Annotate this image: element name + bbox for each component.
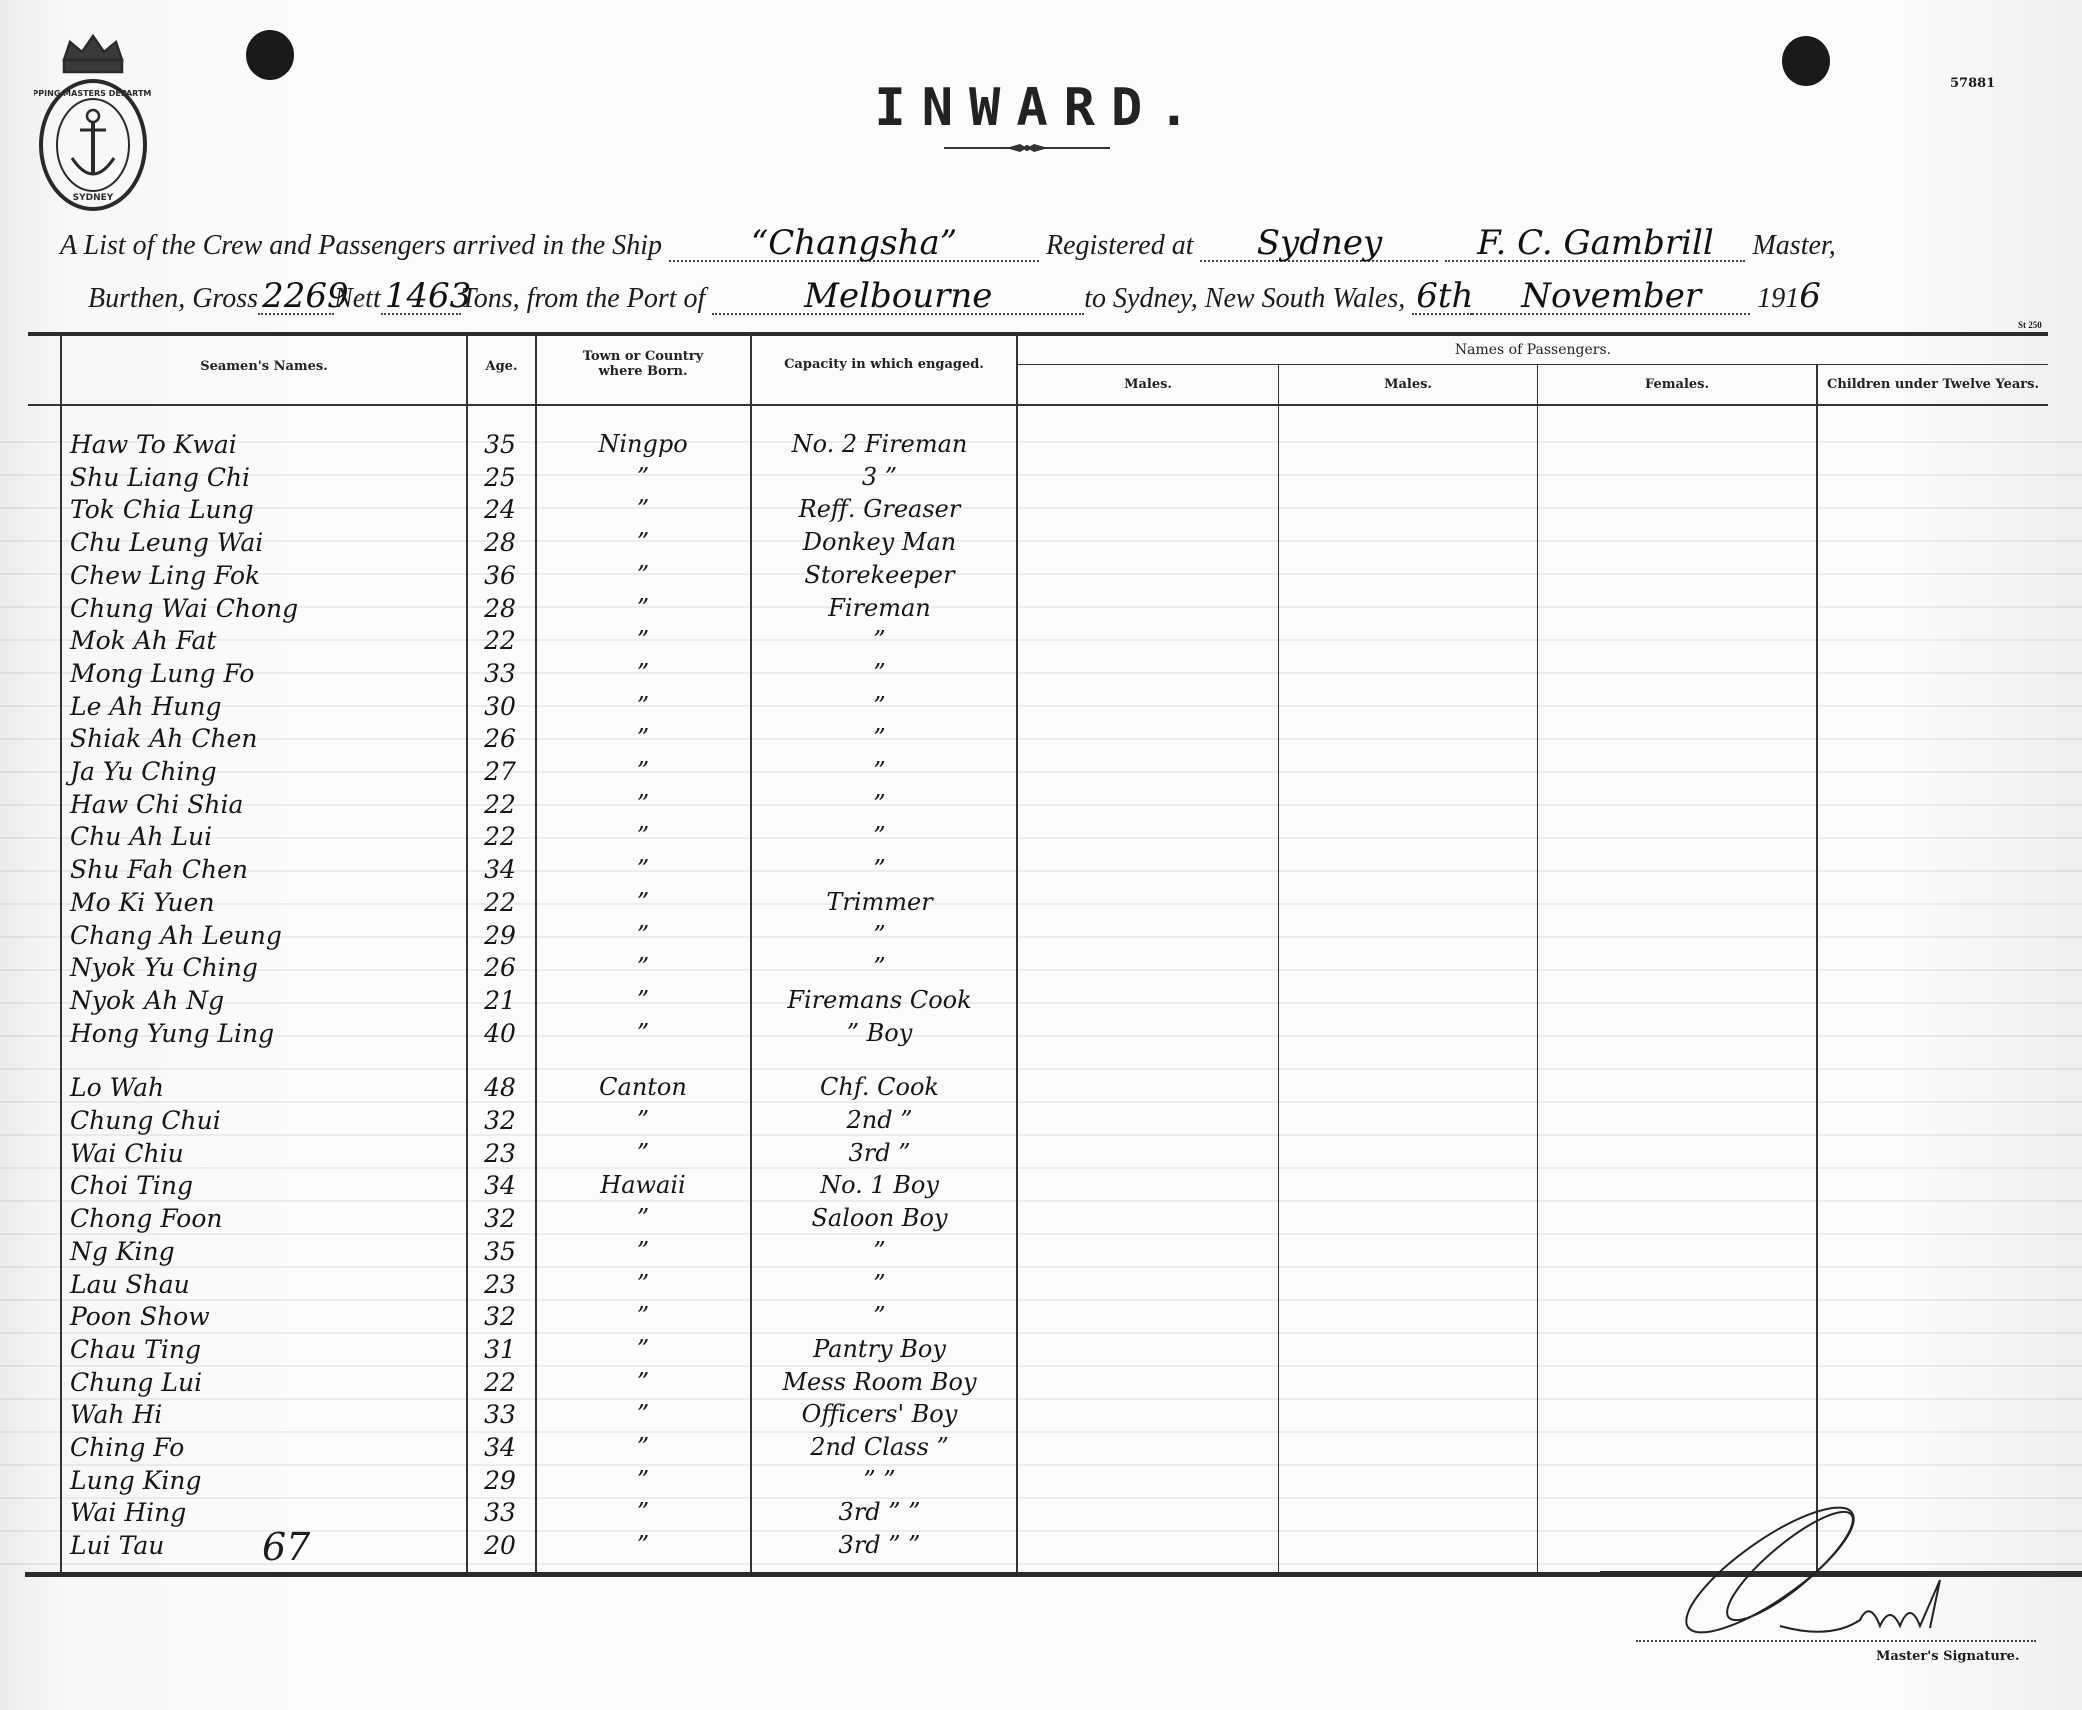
crew-birthplace: ” — [537, 1433, 749, 1461]
crew-total-annotation: 67 — [262, 1525, 310, 1569]
crew-age: 22 — [470, 822, 530, 851]
crew-capacity: Reff. Greaser — [752, 495, 1007, 523]
crew-name: Chau Ting — [70, 1335, 201, 1364]
ship-name-field[interactable]: “Changsha” — [669, 226, 1039, 262]
col-divider-males-2 — [1278, 364, 1279, 1572]
crew-name: Lung King — [70, 1466, 202, 1495]
header-bottom-rule — [28, 404, 2048, 406]
list-intro-label: A List of the Crew and Passengers arrive… — [60, 230, 662, 261]
crew-name: Lui Tau — [70, 1531, 164, 1560]
crew-capacity: Saloon Boy — [752, 1204, 1007, 1232]
crew-age: 29 — [470, 1466, 530, 1495]
crew-name: Haw Chi Shia — [70, 790, 243, 819]
crew-capacity: Chf. Cook — [752, 1073, 1007, 1101]
col-header-capacity: Capacity in which engaged. — [752, 358, 1016, 373]
destination-label: to Sydney, New South Wales, — [1084, 283, 1405, 314]
crew-birthplace: ” — [537, 888, 749, 916]
crew-age: 20 — [470, 1531, 530, 1560]
header-line-burthen: Burthen, Gross2269Nett1463Tons, from the… — [88, 276, 1821, 316]
header-line-ship: A List of the Crew and Passengers arrive… — [60, 226, 1836, 262]
crew-capacity: ” — [752, 757, 1007, 785]
faint-ruled-lines — [0, 410, 2082, 1570]
col-divider-passengers — [1016, 334, 1018, 1572]
crew-name: Nyok Yu Ching — [70, 953, 258, 982]
crew-age: 34 — [470, 855, 530, 884]
crew-age: 30 — [470, 692, 530, 721]
crew-capacity: Storekeeper — [752, 561, 1007, 589]
crew-age: 26 — [470, 953, 530, 982]
master-label: Master, — [1752, 230, 1835, 261]
crew-name: Choi Ting — [70, 1171, 193, 1200]
crew-name: Ng King — [70, 1237, 175, 1266]
crew-birthplace: ” — [537, 757, 749, 785]
registered-label: Registered at — [1046, 230, 1193, 261]
crew-birthplace: ” — [537, 1531, 749, 1559]
master-signature-icon — [1660, 1500, 1990, 1650]
gross-tons-field[interactable]: 2269 — [258, 279, 334, 315]
crew-capacity: ” — [752, 724, 1007, 752]
crew-capacity: Firemans Cook — [752, 986, 1007, 1014]
document-number: 57881 — [1950, 76, 1995, 91]
crew-birthplace: ” — [537, 1204, 749, 1232]
crew-name: Wai Chiu — [70, 1139, 184, 1168]
col-header-passengers: Names of Passengers. — [1018, 342, 2048, 358]
crew-age: 35 — [470, 1237, 530, 1266]
day-field[interactable]: 6th — [1412, 279, 1472, 315]
crew-capacity: Pantry Boy — [752, 1335, 1007, 1363]
crew-capacity: ” — [752, 1302, 1007, 1330]
crew-age: 24 — [470, 495, 530, 524]
crew-name: Shu Liang Chi — [70, 463, 250, 492]
crew-age: 32 — [470, 1204, 530, 1233]
year-prefix: 191 — [1757, 283, 1799, 314]
crew-age: 31 — [470, 1335, 530, 1364]
crew-name: Haw To Kwai — [70, 430, 237, 459]
crew-age: 48 — [470, 1073, 530, 1102]
crew-capacity: ” — [752, 790, 1007, 818]
crew-age: 27 — [470, 757, 530, 786]
crew-capacity: Fireman — [752, 594, 1007, 622]
col-header-children: Children under Twelve Years. — [1818, 378, 2048, 393]
registered-port-field[interactable]: Sydney — [1200, 226, 1438, 262]
crew-name: Lau Shau — [70, 1270, 190, 1299]
crew-birthplace: ” — [537, 790, 749, 818]
svg-text:SYDNEY: SYDNEY — [73, 193, 114, 203]
svg-text:SHIPPING MASTERS DEPARTMENT: SHIPPING MASTERS DEPARTMENT — [34, 89, 152, 98]
punch-hole-left — [246, 30, 294, 80]
crew-name: Mo Ki Yuen — [70, 888, 215, 917]
crew-birthplace: ” — [537, 463, 749, 491]
crew-age: 22 — [470, 626, 530, 655]
crew-name: Mok Ah Fat — [70, 626, 216, 655]
crew-age: 28 — [470, 594, 530, 623]
crew-capacity: Donkey Man — [752, 528, 1007, 556]
col-header-females: Females. — [1538, 378, 1816, 393]
crew-age: 40 — [470, 1019, 530, 1048]
crew-capacity: ” — [752, 659, 1007, 687]
nett-label: Nett — [334, 283, 381, 314]
crew-birthplace: ” — [537, 495, 749, 523]
crew-birthplace: ” — [537, 1270, 749, 1298]
crew-birthplace: ” — [537, 1019, 749, 1047]
crew-age: 36 — [470, 561, 530, 590]
crew-birthplace: ” — [537, 1400, 749, 1428]
crew-age: 21 — [470, 986, 530, 1015]
document-page: SHIPPING MASTERS DEPARTMENT SYDNEY 57881… — [0, 0, 2082, 1710]
crew-name: Chong Foon — [70, 1204, 223, 1233]
crew-capacity: 3rd ” — [752, 1139, 1007, 1167]
crew-capacity: 3rd ” ” — [752, 1498, 1007, 1526]
crew-birthplace: Ningpo — [537, 430, 749, 458]
crew-name: Chu Leung Wai — [70, 528, 263, 557]
crew-birthplace: Canton — [537, 1073, 749, 1101]
burthen-gross-label: Burthen, Gross — [88, 283, 258, 314]
from-port-field[interactable]: Melbourne — [712, 279, 1084, 315]
crew-name: Chu Ah Lui — [70, 822, 212, 851]
crew-capacity: ” — [752, 1270, 1007, 1298]
crew-capacity: No. 2 Fireman — [752, 430, 1007, 458]
crew-age: 23 — [470, 1139, 530, 1168]
crew-name: Shiak Ah Chen — [70, 724, 257, 753]
crew-age: 22 — [470, 790, 530, 819]
month-field[interactable]: November — [1472, 279, 1750, 315]
crew-name: Chung Chui — [70, 1106, 221, 1135]
crew-age: 33 — [470, 1498, 530, 1527]
crew-name: Wah Hi — [70, 1400, 162, 1429]
crew-age: 34 — [470, 1433, 530, 1462]
crew-name: Chew Ling Fok — [70, 561, 260, 590]
crew-name: Ching Fo — [70, 1433, 184, 1462]
crew-birthplace: ” — [537, 1302, 749, 1330]
crew-age: 35 — [470, 430, 530, 459]
col-divider-age — [466, 334, 468, 1572]
crew-age: 32 — [470, 1106, 530, 1135]
crew-age: 23 — [470, 1270, 530, 1299]
signature-label: Master's Signature. — [1876, 1649, 2019, 1664]
page-title: INWARD. — [830, 78, 1250, 138]
crew-birthplace: ” — [537, 1335, 749, 1363]
crew-capacity: ” ” — [752, 1466, 1007, 1494]
crew-age: 33 — [470, 1400, 530, 1429]
crew-birthplace: ” — [537, 626, 749, 654]
col-header-males-1: Males. — [1018, 378, 1278, 393]
crew-name: Chung Wai Chong — [70, 594, 298, 623]
col-header-males-2: Males. — [1279, 378, 1537, 393]
crew-capacity: ” — [752, 692, 1007, 720]
tons-from-port-label: Tons, from the Port of — [461, 283, 706, 314]
crew-capacity: ” Boy — [752, 1019, 1007, 1047]
master-name-field[interactable]: F. C. Gambrill — [1445, 226, 1745, 262]
crew-name: Nyok Ah Ng — [70, 986, 224, 1015]
crew-age: 33 — [470, 659, 530, 688]
crew-name: Chung Lui — [70, 1368, 202, 1397]
crew-age: 28 — [470, 528, 530, 557]
year-suffix-field[interactable]: 6 — [1799, 276, 1821, 316]
crew-name: Lo Wah — [70, 1073, 164, 1102]
crew-birthplace: ” — [537, 1368, 749, 1396]
col-divider-left-edge — [60, 334, 62, 1572]
crew-birthplace: ” — [537, 822, 749, 850]
crew-capacity: ” — [752, 626, 1007, 654]
crown-anchor-seal-icon: SHIPPING MASTERS DEPARTMENT SYDNEY — [34, 30, 152, 212]
crew-birthplace: ” — [537, 921, 749, 949]
crew-birthplace: ” — [537, 1106, 749, 1134]
crew-capacity: Mess Room Boy — [752, 1368, 1007, 1396]
crew-capacity: 3 ” — [752, 463, 1007, 491]
crew-capacity: ” — [752, 855, 1007, 883]
crew-name: Wai Hing — [70, 1498, 186, 1527]
crew-age: 22 — [470, 888, 530, 917]
crew-name: Le Ah Hung — [70, 692, 221, 721]
crew-capacity: No. 1 Boy — [752, 1171, 1007, 1199]
crew-capacity: 3rd ” ” — [752, 1531, 1007, 1559]
crew-capacity: ” — [752, 921, 1007, 949]
crew-age: 32 — [470, 1302, 530, 1331]
crew-name: Shu Fah Chen — [70, 855, 248, 884]
col-header-born: Town or Country where Born. — [580, 350, 706, 380]
table-top-rule — [28, 332, 2048, 336]
crew-capacity: 2nd ” — [752, 1106, 1007, 1134]
passengers-subheader-rule — [1016, 364, 2048, 365]
crew-capacity: ” — [752, 822, 1007, 850]
crew-age: 29 — [470, 921, 530, 950]
nett-tons-field[interactable]: 1463 — [381, 279, 461, 315]
crew-age: 26 — [470, 724, 530, 753]
crew-birthplace: ” — [537, 528, 749, 556]
form-code: St 250 — [2018, 320, 2042, 330]
crew-birthplace: ” — [537, 1139, 749, 1167]
col-divider-females — [1537, 364, 1538, 1572]
title-ornament-icon — [944, 142, 1110, 154]
crew-birthplace: ” — [537, 561, 749, 589]
crew-name: Tok Chia Lung — [70, 495, 254, 524]
crew-birthplace: ” — [537, 855, 749, 883]
crew-birthplace: ” — [537, 594, 749, 622]
crew-name: Hong Yung Ling — [70, 1019, 274, 1048]
signature-dotted-line — [1636, 1640, 2036, 1642]
crew-age: 22 — [470, 1368, 530, 1397]
crew-birthplace: ” — [537, 1466, 749, 1494]
crew-name: Ja Yu Ching — [70, 757, 217, 786]
punch-hole-right — [1782, 36, 1830, 86]
crew-birthplace: Hawaii — [537, 1171, 749, 1199]
crew-birthplace: ” — [537, 692, 749, 720]
crew-age: 34 — [470, 1171, 530, 1200]
crew-birthplace: ” — [537, 724, 749, 752]
crew-birthplace: ” — [537, 953, 749, 981]
crew-name: Mong Lung Fo — [70, 659, 255, 688]
crew-birthplace: ” — [537, 1237, 749, 1265]
crew-capacity: Officers' Boy — [752, 1400, 1007, 1428]
crew-capacity: ” — [752, 953, 1007, 981]
col-header-names: Seamen's Names. — [62, 360, 466, 375]
crew-birthplace: ” — [537, 1498, 749, 1526]
crew-birthplace: ” — [537, 986, 749, 1014]
crew-birthplace: ” — [537, 659, 749, 687]
crew-capacity: ” — [752, 1237, 1007, 1265]
crew-capacity: 2nd Class ” — [752, 1433, 1007, 1461]
col-divider-children — [1816, 364, 1818, 1572]
crew-capacity: Trimmer — [752, 888, 1007, 916]
crew-name: Chang Ah Leung — [70, 921, 282, 950]
col-header-age: Age. — [468, 360, 535, 375]
crew-name: Poon Show — [70, 1302, 210, 1331]
crew-age: 25 — [470, 463, 530, 492]
